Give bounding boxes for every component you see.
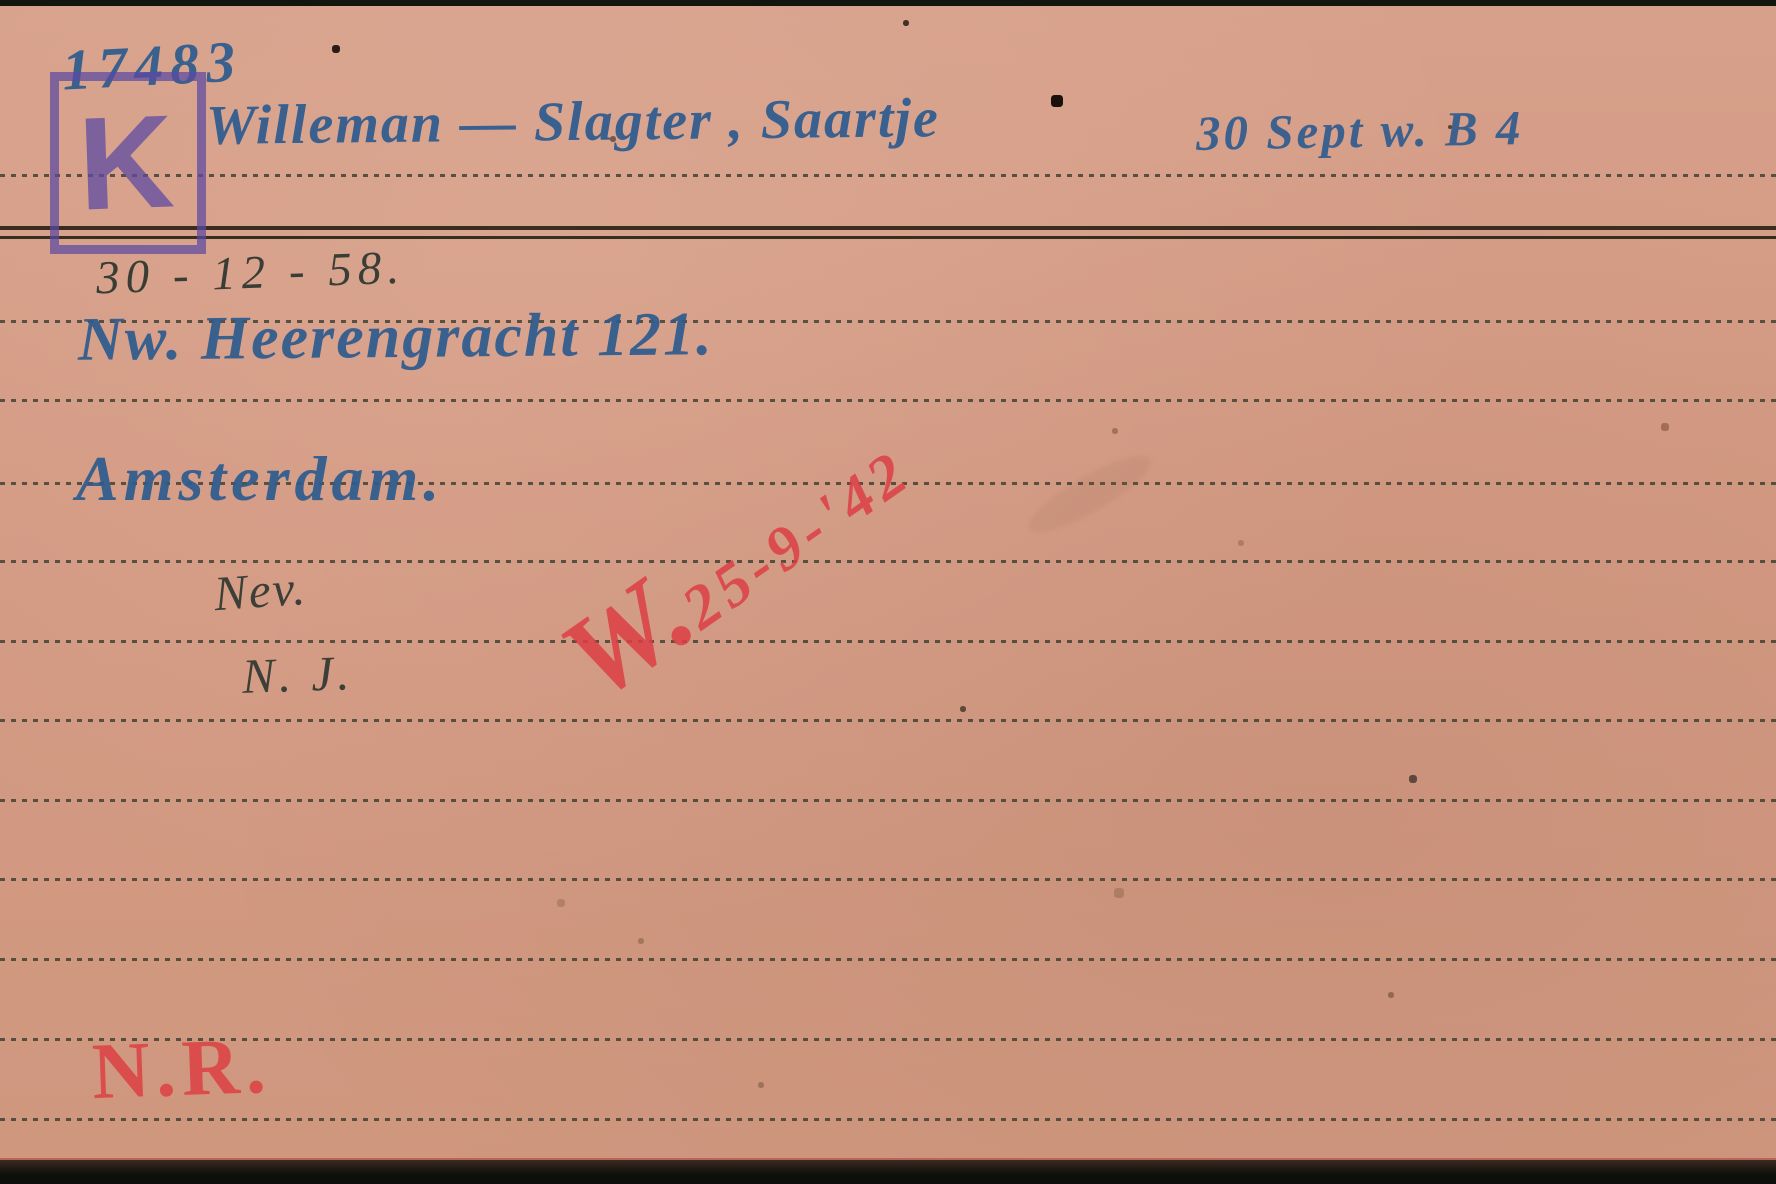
header-divider-double-line [0,226,1776,239]
address-line: Nw. Heerengracht 121. [78,299,714,376]
letter-k-stamp: K [50,72,206,254]
note-line-1: Nev. [212,559,309,622]
ruled-line [0,878,1776,881]
ruled-line [0,958,1776,961]
paper-smudge [1020,443,1159,544]
ruled-line [0,1118,1776,1121]
ruled-line [0,174,1776,177]
city-line: Amsterdam. [76,442,444,516]
red-code-bottom-left: N.R. [90,1021,273,1118]
index-card: K 17483 Willeman — Slagter , Saartje 30 … [0,6,1776,1160]
red-annotation-date: 25-9-'42 [670,437,923,643]
note-line-2: N. J. [241,644,354,705]
date-top-right: 30 Sept w. B 4 [1196,99,1524,162]
name-line: Willeman — Slagter , Saartje [206,86,940,158]
stamp-letter: K [76,95,176,230]
paper-specks [0,6,2,8]
index-card-scan: K 17483 Willeman — Slagter , Saartje 30 … [0,0,1776,1184]
ruled-line [0,719,1776,722]
scanner-edge-bottom [0,1160,1776,1184]
ruled-line [0,799,1776,802]
ruled-line [0,399,1776,402]
ruled-line [0,640,1776,643]
